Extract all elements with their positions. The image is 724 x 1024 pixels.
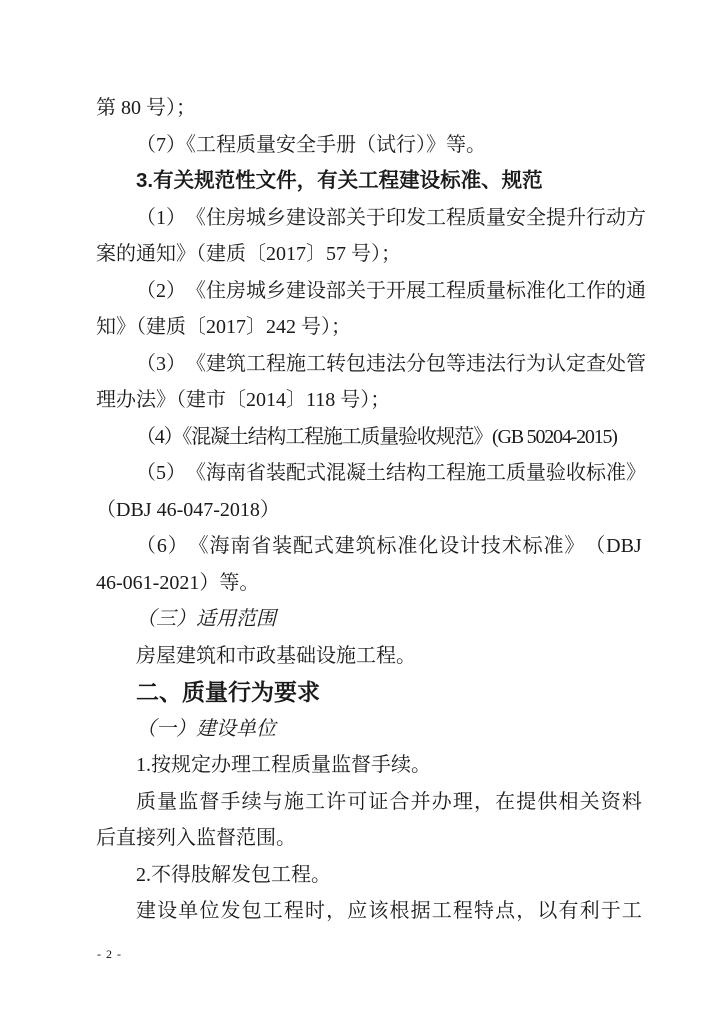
list-item-5: （DBJ 46-047-2018）	[96, 492, 642, 529]
heading-3-normative-documents: 3.有关规范性文件，有关工程建设标准、规范	[96, 163, 642, 200]
list-item-5: （5）《海南省装配式混凝土结构工程施工质量验收标准》	[96, 455, 642, 492]
paragraph-supervision-detail: 后直接列入监督范围。	[96, 820, 642, 857]
list-item-1: （1）《住房城乡建设部关于印发工程质量安全提升行动方	[96, 200, 642, 237]
list-item-6: 46-061-2021）等。	[96, 565, 642, 602]
list-item-7: （7）《工程质量安全手册（试行）》等。	[96, 127, 642, 164]
list-item-6: （6）《海南省装配式建筑标准化设计技术标准》（DBJ	[96, 528, 642, 565]
list-item-3: （3）《建筑工程施工转包违法分包等违法行为认定查处管	[96, 346, 642, 383]
list-item-3: 理办法》（建市〔2014〕118 号）；	[96, 382, 642, 419]
list-item-2: （2）《住房城乡建设部关于开展工程质量标准化工作的通	[96, 273, 642, 310]
subheading-scope: （三）适用范围	[96, 601, 642, 638]
item-1-supervision-procedure: 1.按规定办理工程质量监督手续。	[96, 747, 642, 784]
document-body: 第 80 号）；（7）《工程质量安全手册（试行）》等。3.有关规范性文件，有关工…	[96, 90, 642, 930]
paragraph-contracting-detail: 建设单位发包工程时，应该根据工程特点，以有利于工	[96, 893, 642, 930]
heading-2-quality-behavior: 二、质量行为要求	[96, 674, 642, 711]
list-item-1: 案的通知》（建质〔2017〕57 号）；	[96, 236, 642, 273]
list-item-2: 知》（建质〔2017〕242 号）；	[96, 309, 642, 346]
paragraph-supervision-detail: 质量监督手续与施工许可证合并办理，在提供相关资料	[96, 784, 642, 821]
list-item-4: （4）《混凝土结构工程施工质量验收规范》(GB 50204-2015)	[96, 419, 642, 456]
page-number: - 2 -	[97, 948, 122, 961]
paragraph-scope: 房屋建筑和市政基础设施工程。	[96, 638, 642, 675]
paragraph-continuation: 第 80 号）；	[96, 90, 642, 127]
item-2-no-split-contracting: 2.不得肢解发包工程。	[96, 857, 642, 894]
subheading-construction-unit: （一）建设单位	[96, 711, 642, 748]
